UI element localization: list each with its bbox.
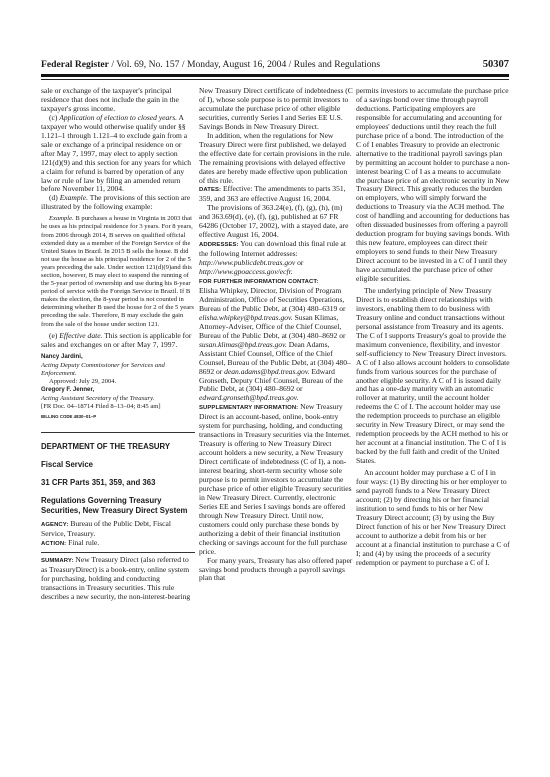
paragraph-closed-years: (c) Application of election to closed ye… — [41, 114, 195, 195]
paragraph: sale or exchange of the taxpayer's princ… — [41, 87, 195, 114]
paragraph-example-intro: (d) Example. The provisions of this sect… — [41, 194, 195, 212]
header-rule-thick — [41, 74, 509, 77]
example-text: Example. B purchases a house in Virginia… — [41, 215, 195, 328]
paragraph-effective-date: (e) Effective date. This section is appl… — [41, 332, 195, 350]
fr-doc-line: [FR Doc. 04–18714 Filed 8–13–04; 8:45 am… — [41, 403, 195, 411]
email-whipkey-link[interactable]: elisha.whipkey@bpd.treas.gov. — [199, 313, 293, 322]
column-middle: New Treasury Direct certificate of indeb… — [199, 87, 353, 583]
email-adams-link[interactable]: dean.adams@bpd.treas.gov. — [224, 367, 309, 376]
dates-section: DATES: Effective: The amendments to part… — [199, 185, 353, 204]
summary-divider — [41, 552, 195, 553]
department-heading: DEPARTMENT OF THE TREASURY — [41, 443, 195, 452]
running-header: Federal Register / Vol. 69, No. 157 / Mo… — [41, 59, 509, 73]
paragraph: An account holder may purchase a C of I … — [356, 469, 510, 567]
email-gronseth-link[interactable]: edward.gronseth@bpd.treas.gov. — [199, 393, 298, 402]
action-line: ACTION: Final rule. — [41, 539, 195, 549]
page-number: 50307 — [483, 59, 509, 70]
supplementary-section: SUPPLEMENTARY INFORMATION: New Treasury … — [199, 403, 353, 556]
column-left: sale or exchange of the taxpayer's princ… — [41, 87, 195, 602]
paragraph: New Treasury Direct certificate of indeb… — [199, 87, 353, 132]
url-publicdebt-link[interactable]: http://www.publicdebt.treas.gov — [199, 258, 295, 267]
url-gpoaccess-link[interactable]: http://www.gpoaccess.gov/ecfr. — [199, 267, 293, 276]
approval-date: Approved: July 29, 2004. — [41, 378, 195, 386]
column-right: permits investors to accumulate the purc… — [356, 87, 510, 568]
agency-unit-heading: Fiscal Service — [41, 461, 195, 470]
cfr-heading: 31 CFR Parts 351, 359, and 363 — [41, 479, 195, 488]
addresses-section: ADDRESSES: You can download this final r… — [199, 240, 353, 277]
paragraph: In addition, when the regulations for Ne… — [199, 132, 353, 186]
agency-line: AGENCY: Bureau of the Public Debt, Fisca… — [41, 520, 195, 539]
paragraph: The provisions of 363.24(e), (f), (g), (… — [199, 204, 353, 240]
issue-info: / Vol. 69, No. 157 / Monday, August 16, … — [109, 59, 380, 70]
billing-code: BILLING CODE 4830–01–P — [41, 413, 195, 422]
signer-name-1: Nancy Jardini, — [41, 353, 195, 362]
email-klimas-link[interactable]: susan.klimas@bpd.treas.gov. — [199, 340, 287, 349]
section-divider — [41, 432, 195, 433]
federal-register-page: Federal Register / Vol. 69, No. 157 / Mo… — [0, 0, 550, 777]
publication-title: Federal Register — [41, 59, 109, 70]
signer-name-2: Gregory F. Jenner, — [41, 386, 195, 395]
header-rule-thin — [41, 79, 509, 80]
signer-title-1: Acting Deputy Commissioner for Services … — [41, 362, 195, 378]
contact-section: FOR FURTHER INFORMATION CONTACT:Elisha W… — [199, 277, 353, 403]
summary-paragraph: SUMMARY: New Treasury Direct (also refer… — [41, 556, 195, 602]
paragraph: The underlying principle of New Treasury… — [356, 287, 510, 466]
signer-title-2: Acting Assistant Secretary of the Treasu… — [41, 395, 195, 403]
rule-title: Regulations Governing Treasury Securitie… — [41, 496, 195, 514]
paragraph: For many years, Treasury has also offere… — [199, 557, 353, 584]
paragraph: permits investors to accumulate the purc… — [356, 87, 510, 284]
